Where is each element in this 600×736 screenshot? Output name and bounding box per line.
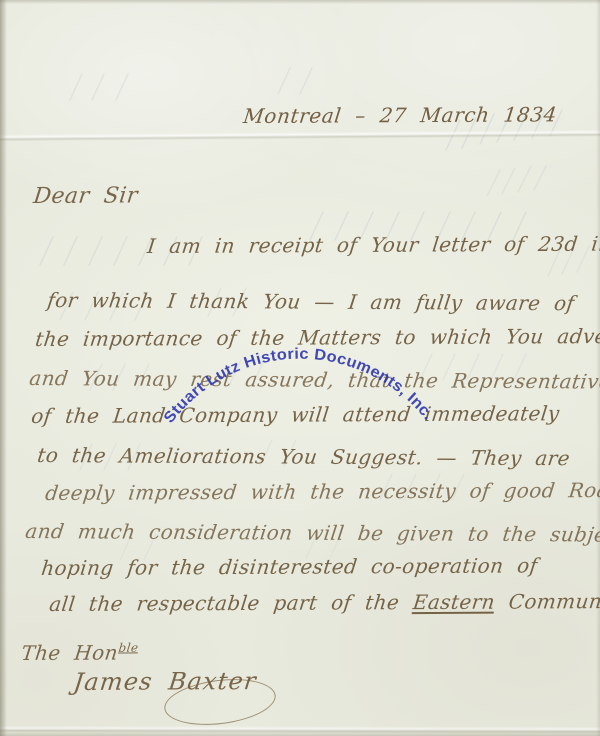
body-line: and You may rest assured, that the Repre…: [28, 366, 600, 394]
body-line: hoping for the disinterested co-operatio…: [40, 553, 539, 580]
body-line: the importance of the Matters to which Y…: [34, 324, 600, 351]
paper-edge-bottom: [0, 731, 600, 736]
fold-crease: [0, 130, 600, 142]
body-line: all the respectable part of the Eastern …: [48, 589, 600, 616]
body-line: and much consideration will be given to …: [24, 519, 600, 547]
body-line: deeply impressed with the necessity of g…: [44, 478, 600, 505]
salutation: Dear Sir: [32, 183, 139, 209]
paper-edge-top: [0, 0, 600, 4]
body-line: for which I thank You — I am fully aware…: [46, 288, 576, 315]
body-line: to the Ameliorations You Suggest. — They…: [36, 443, 572, 470]
closing-honorific: The Honble: [20, 640, 139, 665]
body-line: I am in receipt of Your letter of 23d in…: [146, 231, 600, 258]
paper-edge-left: [0, 0, 7, 736]
body-line: of the Land Company will attend immedeat…: [30, 401, 561, 428]
last-line-suffix: Community, —: [494, 589, 600, 614]
paper-edge-right: [596, 0, 600, 736]
last-line-underlined-word: Eastern: [412, 590, 497, 614]
last-line-prefix: all the respectable part of the: [48, 590, 414, 616]
dateline: Montreal – 27 March 1834: [242, 102, 558, 128]
letter-scan: Montreal – 27 March 1834 Dear Sir I am i…: [0, 0, 600, 736]
